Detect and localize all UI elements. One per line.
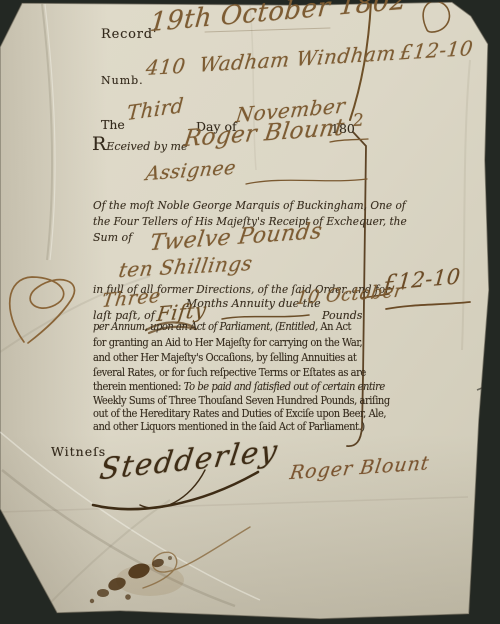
grant-text-line-3: Sum of: [93, 231, 132, 244]
act-text-line-4: ſeveral Rates, or for ſuch reſpective Te…: [93, 366, 366, 379]
margin-amount-handwriting: £12-10: [383, 264, 462, 295]
grant-text-line-1: Of the moſt Noble George Marquis of Buck…: [93, 199, 406, 212]
numb-number: 410: [145, 53, 187, 80]
numb-name: Wadham Windham: [198, 41, 397, 77]
day-value-handwriting: Third: [126, 93, 185, 125]
document-content: Record' 19th October 1802 Numb. 410Wadha…: [0, 0, 500, 624]
assignee-handwriting: Assignee: [144, 157, 237, 186]
act-text-line-8: and other Liquors mentioned in the ſaid …: [93, 420, 365, 433]
payee-signature: Roger Blount: [288, 452, 431, 484]
received-rest: Eceived by me: [106, 140, 187, 153]
act-text-line-3: and other Her Majeſty's Occaſions, by ſe…: [93, 351, 356, 364]
witness-signature: Stedderley: [98, 433, 282, 486]
sum-words-line-2: ten Shillings: [117, 251, 254, 282]
act-text-line-7: out of the Hereditary Rates and Duties o…: [93, 407, 386, 420]
act-line-1-roman: An Act: [318, 320, 351, 333]
act-line-5-italic: To be paid and ſatisfied out of certain …: [184, 380, 385, 393]
record-date-handwriting: 19th October 1802: [149, 0, 409, 38]
act-line-5-roman: therein mentioned:: [93, 380, 184, 393]
act-text-line-1: per Annum, upon an Act of Parliament, (E…: [93, 320, 351, 333]
act-text-line-2: for granting an Aid to Her Majeſty for c…: [93, 336, 362, 349]
witness-label: Witneſs: [51, 444, 106, 459]
act-text-line-6: Weekly Sums of Three Thouſand Seven Hund…: [93, 394, 390, 407]
act-line-1-italic: per Annum, upon an Act of Parliament, (E…: [93, 320, 318, 333]
received-by-label: R Eceived by me: [92, 133, 188, 155]
numb-line: 410Wadham Windham£12-10: [145, 36, 475, 80]
numb-label: Numb.: [101, 74, 144, 87]
the-label: The: [101, 117, 125, 132]
year-digit-handwriting: 2: [352, 110, 364, 131]
numb-amount: £12-10: [399, 36, 475, 65]
received-initial: R: [92, 133, 106, 155]
act-text-line-5: therein mentioned: To be paid and ſatisf…: [93, 380, 385, 393]
photographed-receipt: Record' 19th October 1802 Numb. 410Wadha…: [0, 0, 500, 624]
